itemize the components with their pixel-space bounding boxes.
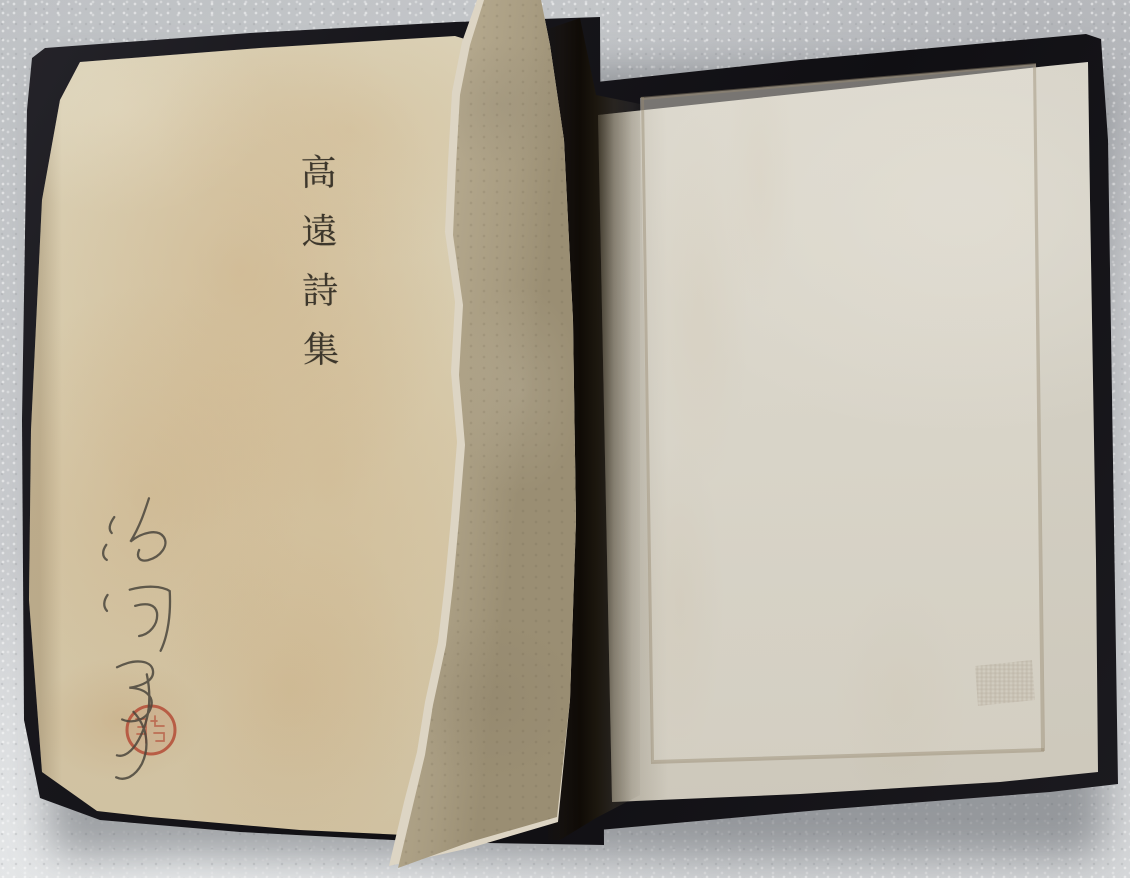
photo-canvas: 高 遠 詩 集 [0, 0, 1130, 878]
title-char-4: 集 [303, 333, 340, 369]
vertical-book-title: 高 遠 詩 集 [295, 156, 344, 387]
handwritten-signature [81, 490, 195, 789]
title-char-1: 高 [300, 156, 337, 192]
title-char-3: 詩 [302, 274, 339, 310]
title-char-2: 遠 [301, 215, 338, 251]
signature-strokes-icon [81, 490, 195, 789]
